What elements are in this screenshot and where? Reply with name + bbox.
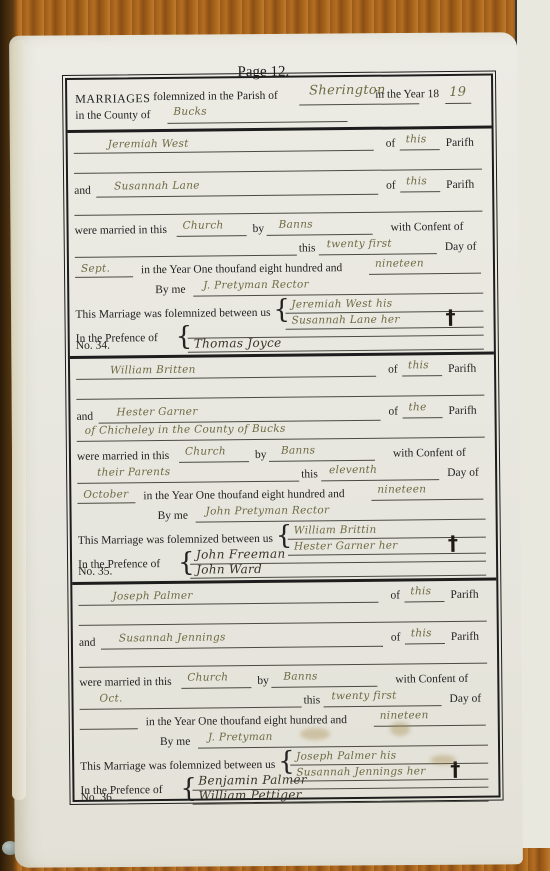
- page-stack-edge: [12, 40, 26, 800]
- witness-1: Benjamin Palmer: [198, 773, 307, 788]
- day-value: twenty first: [331, 690, 396, 703]
- mark-cross: †: [448, 531, 458, 555]
- signature-bride: Susannah Jennings her: [296, 765, 425, 778]
- witness-2: William Pettiger: [198, 788, 301, 803]
- married-in-label: were married in this: [75, 224, 167, 237]
- of-label: of: [386, 180, 396, 192]
- by-me-label: By me: [160, 736, 190, 748]
- day-of-label: Day of: [449, 693, 481, 705]
- mark-cross: †: [445, 305, 455, 329]
- county-value: Bucks: [173, 106, 207, 118]
- bride-parish: the: [408, 401, 426, 413]
- solemnized-between-label: This Marriage was folemnized between us: [80, 759, 275, 773]
- marriage-place: Church: [182, 219, 223, 231]
- witness-2: John Ward: [196, 562, 262, 577]
- solemnized-label: folemnized in the Parish of: [153, 90, 278, 103]
- marriage-place: Church: [185, 445, 226, 457]
- parish-label: Parifh: [448, 363, 476, 375]
- year-label: in the Year 18: [375, 88, 439, 101]
- bride-name: Susannah Jennings: [119, 631, 226, 644]
- entry-number: No. 34.: [76, 340, 110, 352]
- marriage-entry: Jeremiah West of this Parifh and Susanna…: [68, 129, 494, 359]
- year-phrase-label: in the Year One thoufand eight hundred a…: [143, 488, 344, 502]
- and-label: and: [76, 411, 93, 423]
- signature-bride: Hester Garner her: [294, 540, 398, 553]
- paper-stain: [300, 728, 330, 740]
- year-words: nineteen: [380, 709, 429, 722]
- year-phrase-label: in the Year One thoufand eight hundred a…: [146, 714, 347, 728]
- of-label: of: [388, 364, 398, 376]
- consent-value: Oct.: [99, 692, 122, 704]
- paper-stain: [390, 722, 410, 736]
- by-label: by: [257, 675, 269, 687]
- signature-groom: Joseph Palmer his: [296, 750, 396, 763]
- register-header: MARRIAGES folemnized in the Parish of Sh…: [67, 76, 492, 133]
- witness-2: Thomas Joyce: [194, 336, 282, 351]
- county-label: in the County of: [75, 109, 150, 122]
- parish-label: Parifh: [451, 631, 479, 643]
- signature-groom: Jeremiah West his: [291, 298, 392, 311]
- solemnized-between-label: This Marriage was folemnized between us: [75, 307, 270, 321]
- bride-name: Susannah Lane: [114, 180, 200, 193]
- register-frame: MARRIAGES folemnized in the Parish of Sh…: [65, 74, 501, 802]
- consent-label: with Confent of: [395, 673, 468, 686]
- of-label: of: [386, 138, 396, 150]
- parish-label: Parifh: [446, 179, 474, 191]
- groom-name: William Britten: [110, 364, 196, 377]
- solemnized-between-label: This Marriage was folemnized between us: [78, 533, 273, 547]
- officiant: J. Pretyman: [208, 731, 273, 744]
- paper-stain: [430, 755, 456, 765]
- by-label: by: [255, 449, 267, 461]
- brace: {: [276, 523, 293, 549]
- marriages-heading: MARRIAGES: [75, 91, 150, 107]
- year-words: nineteen: [375, 257, 424, 270]
- groom-parish: this: [410, 585, 431, 597]
- day-of-label: Day of: [445, 241, 477, 253]
- day-of-label: Day of: [447, 467, 479, 479]
- marriage-entry: Joseph Palmer of this Parifh and Susanna…: [72, 581, 498, 808]
- witness-1: John Freeman: [196, 547, 286, 562]
- groom-name: Joseph Palmer: [112, 590, 192, 603]
- officiant: John Pretyman Rector: [205, 504, 329, 517]
- brace: {: [278, 749, 295, 775]
- officiant: J. Pretyman Rector: [203, 278, 309, 291]
- entry-number: No. 36.: [80, 792, 114, 804]
- groom-parish: this: [406, 133, 427, 145]
- groom-name: Jeremiah West: [108, 138, 189, 151]
- brace: {: [273, 297, 290, 323]
- this-label: this: [299, 242, 316, 254]
- groom-parish: this: [408, 359, 429, 371]
- month-value: Sept.: [81, 263, 110, 275]
- signature-bride: Susannah Lane her: [291, 314, 399, 327]
- this-label: this: [301, 468, 318, 480]
- bride-parish: this: [406, 175, 427, 187]
- day-value: twenty first: [327, 238, 392, 251]
- parish-label: Parifh: [448, 405, 476, 417]
- of-label: of: [390, 590, 400, 602]
- marriage-place: Church: [187, 671, 228, 683]
- and-label: and: [74, 185, 91, 197]
- year-value: 19: [449, 85, 466, 100]
- year-phrase-label: in the Year One thoufand eight hundred a…: [141, 262, 342, 276]
- and-label: and: [79, 637, 96, 649]
- married-in-label: were married in this: [77, 450, 169, 463]
- marriage-by: Banns: [281, 444, 316, 456]
- consent-label: with Confent of: [391, 221, 464, 234]
- by-me-label: By me: [158, 510, 188, 522]
- day-value: eleventh: [329, 464, 377, 477]
- by-me-label: By me: [155, 284, 185, 296]
- this-label: this: [303, 694, 320, 706]
- married-in-label: were married in this: [79, 676, 171, 689]
- consent-value: their Parents: [97, 466, 170, 479]
- bride-name: Hester Garner: [116, 406, 197, 419]
- parish-label: Parifh: [446, 137, 474, 149]
- marriage-entry: William Britten of this Parifh and Heste…: [70, 355, 496, 585]
- signature-groom: William Brittin: [294, 524, 377, 537]
- marriage-by: Banns: [278, 218, 313, 230]
- of-label: of: [388, 406, 398, 418]
- of-label: of: [391, 632, 401, 644]
- year-words: nineteen: [377, 483, 426, 496]
- month-value: October: [83, 488, 128, 500]
- marriage-by: Banns: [283, 670, 318, 682]
- consent-label: with Confent of: [393, 447, 466, 460]
- bride-residence: of Chicheley in the County of Bucks: [85, 423, 286, 437]
- by-label: by: [253, 223, 265, 235]
- parish-label: Parifh: [450, 589, 478, 601]
- bride-parish: this: [411, 627, 432, 639]
- entry-number: No. 35.: [78, 566, 112, 578]
